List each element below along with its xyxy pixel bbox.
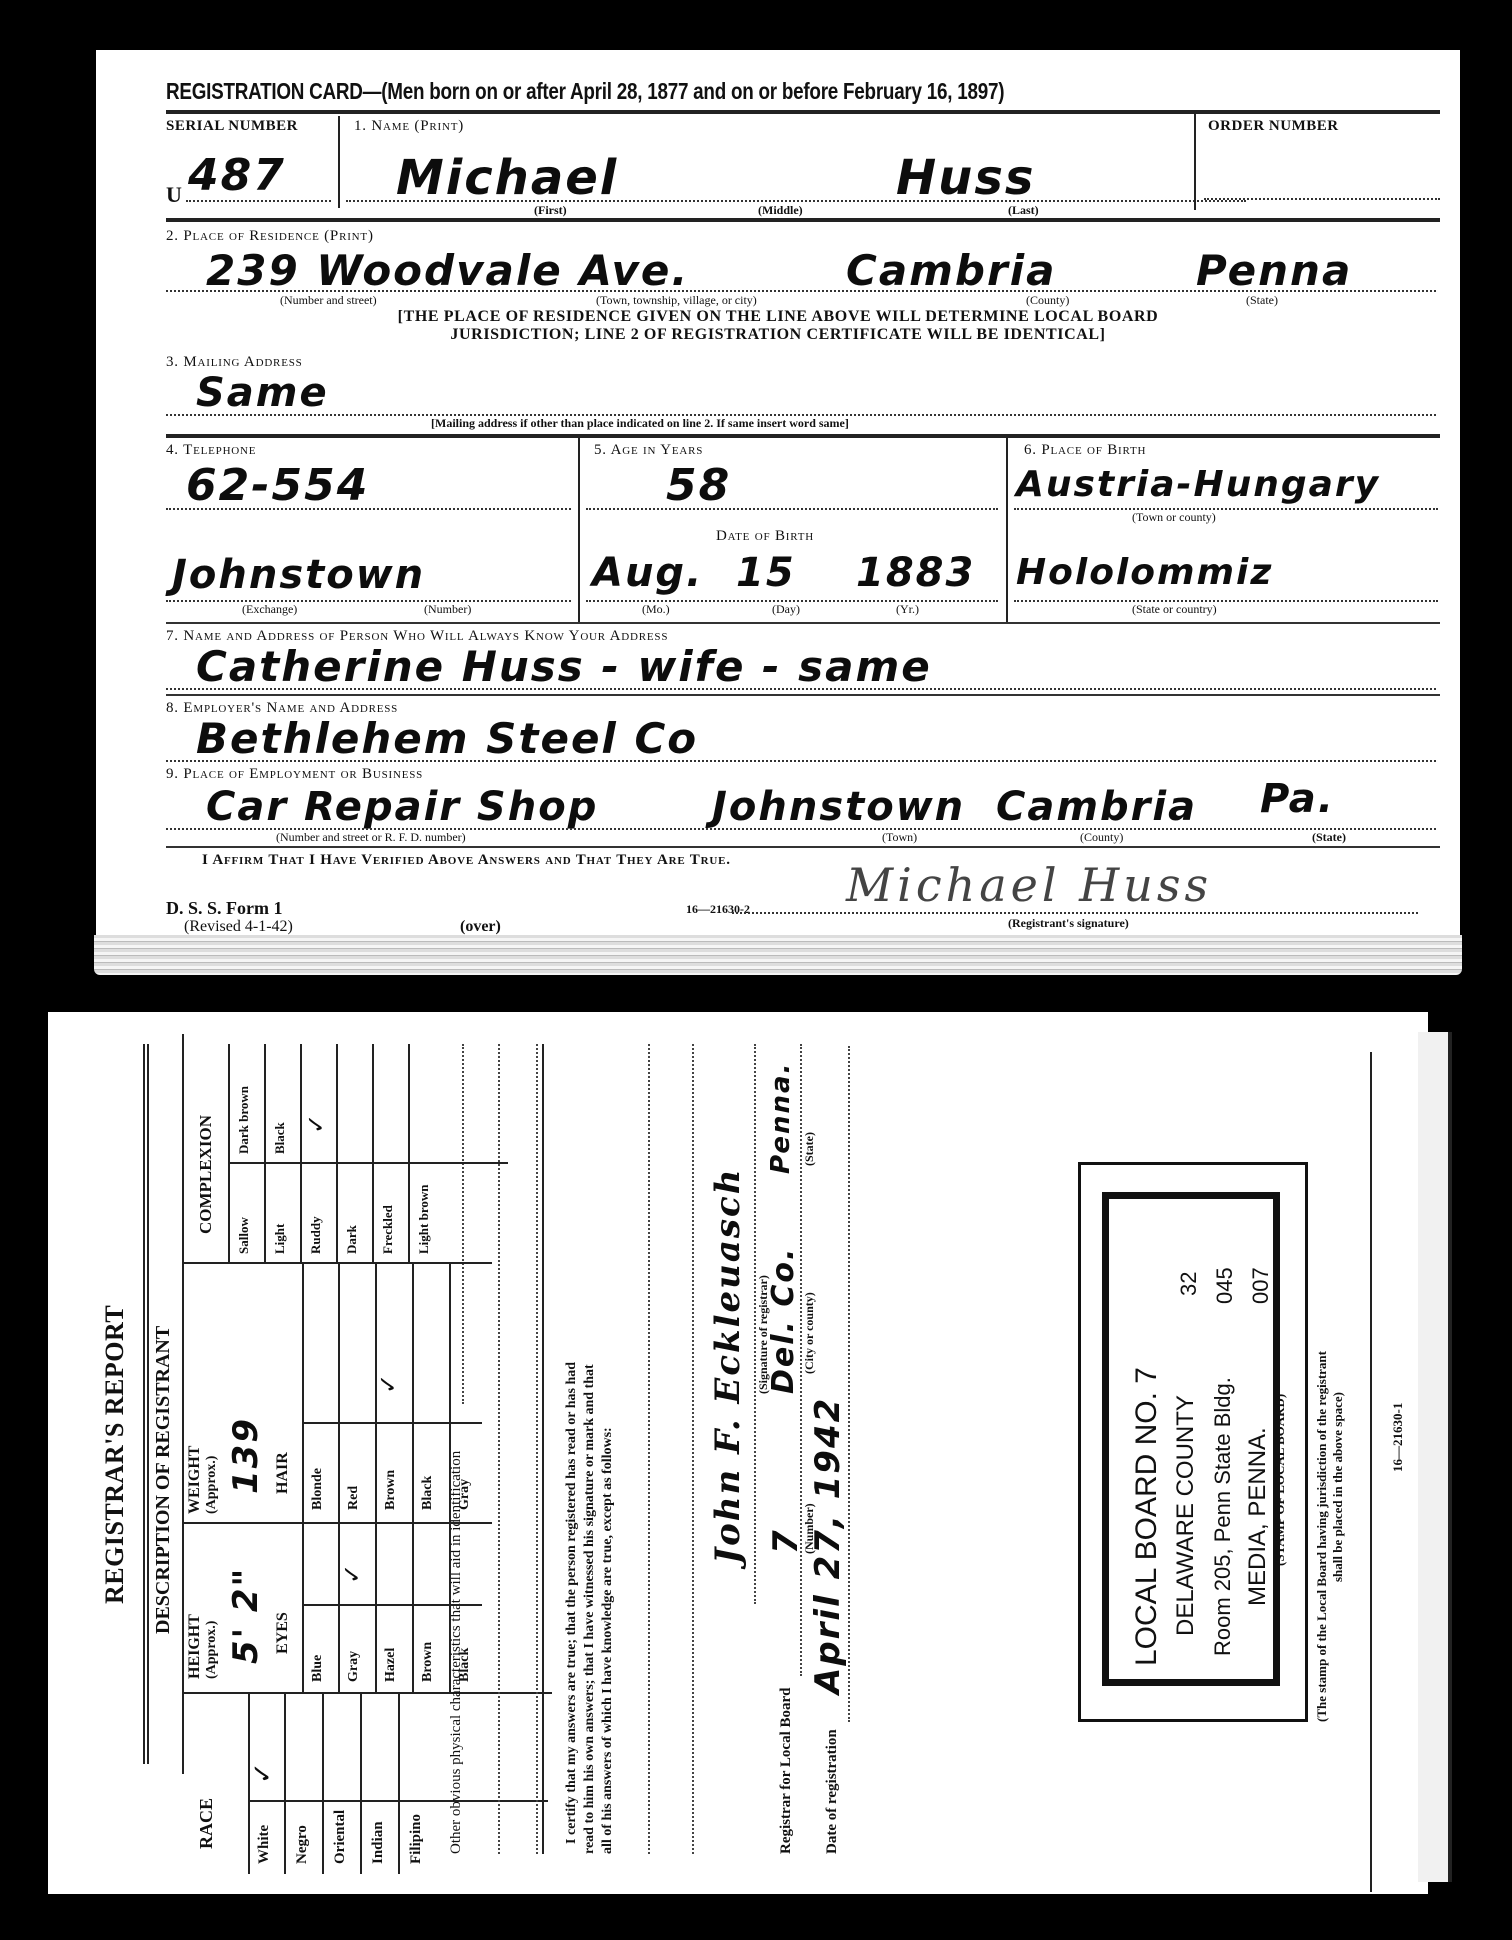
divider <box>338 1264 340 1524</box>
divider <box>166 694 1440 696</box>
divider <box>182 1034 184 1774</box>
divider <box>372 1044 374 1264</box>
card-stack-edge <box>94 935 1462 975</box>
day-sublabel: (Day) <box>772 602 800 617</box>
divider <box>228 1044 230 1264</box>
complexion-option-ruddy: Ruddy <box>308 1216 324 1254</box>
divider <box>1006 436 1008 622</box>
last-sublabel: (Last) <box>1008 203 1039 218</box>
complexion-mark-ruddy: ✓ <box>302 1112 330 1134</box>
signature-line <box>732 912 1418 914</box>
complexion-option-light-brown: Light brown <box>416 1185 432 1254</box>
race-option-negro: Negro <box>294 1825 311 1864</box>
divider <box>264 1044 266 1264</box>
hair-option-gray: Gray <box>457 1479 473 1510</box>
complexion-header: COMPLEXION <box>196 1115 216 1234</box>
certification-line-1: I certify that my answers are true; that… <box>564 1362 580 1844</box>
divider <box>166 218 1440 222</box>
employment-place-label: 9. Place of Employment or Business <box>166 766 423 783</box>
mailing-address-label: 3. Mailing Address <box>166 354 303 371</box>
eyes-option-hazel: Hazel <box>383 1648 399 1682</box>
stamp-line-3: Room 205, Penn State Bldg. <box>1210 1377 1236 1656</box>
residence-label: 2. Place of Residence (Print) <box>166 228 374 245</box>
weight-header: WEIGHT <box>186 1446 204 1514</box>
age-value: 58 <box>666 460 731 511</box>
eyes-mark-gray: ✓ <box>338 1562 366 1584</box>
employment-state: Pa. <box>1260 776 1335 822</box>
stamp-line-2: DELAWARE COUNTY <box>1172 1395 1200 1636</box>
stamp-note-line-2: shall be placed in the above space) <box>1330 1392 1346 1582</box>
complexion-option-dark: Dark <box>344 1225 360 1254</box>
year-sublabel: (Yr.) <box>896 602 919 617</box>
contact-line <box>166 688 1436 690</box>
height-sub: (Approx.) <box>204 1621 220 1679</box>
eyes-option-brown: Brown <box>420 1642 436 1682</box>
print-code-frame: 16—21630-1 <box>1388 1312 1412 1512</box>
residence-notice-1: [THE PLACE OF RESIDENCE GIVEN ON THE LIN… <box>96 308 1460 326</box>
race-mark-white: ✓ <box>248 1760 278 1784</box>
stamp-code-2: 045 <box>1212 1267 1238 1304</box>
hair-option-brown: Brown <box>383 1470 399 1510</box>
stamp-text-frame: LOCAL BOARD NO. 7 DELAWARE COUNTY Room 2… <box>1078 1162 1308 1716</box>
registrant-signature: Michael Huss <box>846 858 1212 912</box>
exceptions-line <box>692 1044 694 1854</box>
complexion-option-freckled: Freckled <box>380 1205 396 1254</box>
stamp-note-line-1: (The stamp of the Local Board having jur… <box>1314 1351 1330 1722</box>
middle-sublabel: (Middle) <box>758 203 803 218</box>
age-line <box>586 508 998 510</box>
town-sublabel: (Town, township, village, or city) <box>596 293 757 308</box>
divider <box>284 1694 286 1874</box>
employer-value: Bethlehem Steel Co <box>196 714 698 763</box>
exchange-line <box>166 600 571 602</box>
divider <box>302 1264 304 1524</box>
eyes-option-blue: Blue <box>310 1655 326 1682</box>
complexion-option-sallow: Sallow <box>236 1217 252 1254</box>
hair-option-black: Black <box>420 1476 436 1510</box>
stamp-line-1: LOCAL BOARD NO. 7 <box>1130 1367 1164 1666</box>
residence-notice-2: JURISDICTION; LINE 2 OF REGISTRATION CER… <box>96 326 1460 344</box>
hair-mark-brown: ✓ <box>374 1372 402 1394</box>
hair-option-red: Red <box>346 1486 362 1510</box>
registration-card-front: REGISTRATION CARD—(Men born on or after … <box>96 50 1460 945</box>
divider <box>143 1044 145 1764</box>
board-city: Del. Co. <box>766 1247 801 1394</box>
divider <box>166 434 1440 438</box>
board-city-label: (City or county) <box>802 1292 817 1374</box>
divider <box>302 1604 482 1606</box>
weight-sub: (Approx.) <box>204 1456 220 1514</box>
divider <box>412 1524 414 1694</box>
divider <box>300 1044 302 1264</box>
hair-header: HAIR <box>274 1452 292 1494</box>
exceptions-line <box>648 1044 650 1854</box>
height-value: 5' 2" <box>226 1567 266 1664</box>
divider <box>248 1800 548 1802</box>
dob-label: Date of Birth <box>716 528 814 545</box>
eyes-option-gray: Gray <box>346 1651 362 1682</box>
number-sublabel: (Number) <box>424 602 471 617</box>
divider <box>302 1524 304 1694</box>
affirmation-text: I Affirm That I Have Verified Above Answ… <box>202 852 731 869</box>
divider <box>166 622 1440 624</box>
date-label: Date of registration <box>824 1729 841 1854</box>
serial-line <box>186 200 331 202</box>
divider <box>375 1264 377 1524</box>
exchange-sublabel: (Exchange) <box>242 602 297 617</box>
employer-line <box>166 760 1436 762</box>
mailing-address-value: Same <box>196 370 329 416</box>
divider <box>166 846 1440 848</box>
name-label: 1. Name (Print) <box>354 118 464 135</box>
birth-town-sublabel: (Town or county) <box>1132 510 1216 525</box>
employment-street: Car Repair Shop <box>206 784 598 830</box>
birthplace-label: 6. Place of Birth <box>1024 442 1146 459</box>
divider <box>408 1044 410 1264</box>
residence-county: Cambria <box>846 246 1056 295</box>
other-characteristics-line <box>498 1044 500 1854</box>
divider <box>412 1264 414 1524</box>
dob-month: Aug. <box>592 550 703 596</box>
card-title: REGISTRATION CARD—(Men born on or after … <box>166 78 1004 105</box>
birth-country-sublabel: (State or country) <box>1132 602 1217 617</box>
certification-line-3: all of his answers of which I have knowl… <box>600 1427 616 1854</box>
serial-number-label: SERIAL NUMBER <box>166 118 298 135</box>
name-line <box>346 200 1246 202</box>
race-option-filipino: Filipino <box>408 1814 425 1864</box>
dob-day: 15 <box>736 550 796 596</box>
divider <box>248 1694 250 1874</box>
height-header: HEIGHT <box>186 1614 204 1679</box>
residence-street: 239 Woodvale Ave. <box>206 246 689 295</box>
employment-street-sublabel: (Number and street or R. F. D. number) <box>276 830 466 845</box>
employment-county: Cambria <box>996 784 1197 830</box>
date-line <box>848 1046 850 1722</box>
divider <box>578 436 580 622</box>
telephone-exchange: Johnstown <box>172 552 425 598</box>
divider <box>228 1162 508 1164</box>
board-state: Penna. <box>766 1062 796 1174</box>
birth-town: Austria-Hungary <box>1016 464 1380 505</box>
employment-county-sublabel: (County) <box>1080 830 1123 845</box>
divider <box>542 1044 544 1854</box>
serial-number-value: 487 <box>188 150 286 201</box>
employment-town-sublabel: (Town) <box>882 830 917 845</box>
divider <box>449 1524 451 1694</box>
form-revised: (Revised 4-1-42) <box>184 918 293 936</box>
employment-state-sublabel: (State) <box>1312 830 1346 845</box>
divider <box>302 1422 482 1424</box>
certification-line-2: read to him his own answers; that I have… <box>582 1364 598 1854</box>
complexion-option-dark-brown: Dark brown <box>236 1086 252 1154</box>
stamp-caption: (STAMP OF LOCAL BOARD) <box>1272 1394 1288 1566</box>
employment-town: Johnstown <box>712 784 965 830</box>
age-label: 5. Age in Years <box>594 442 703 459</box>
over-note: (over) <box>460 918 501 936</box>
eyes-header: EYES <box>274 1612 292 1654</box>
divider <box>375 1524 377 1694</box>
complexion-option-black: Black <box>272 1122 288 1154</box>
complexion-option-light: Light <box>272 1224 288 1254</box>
dob-year: 1883 <box>856 550 975 596</box>
first-name-value: Michael <box>396 150 618 206</box>
birth-country: Hololommiz <box>1016 552 1273 593</box>
birth-country-line <box>1014 600 1438 602</box>
divider <box>166 110 1440 114</box>
eyes-option-black: Black <box>457 1648 473 1682</box>
race-option-oriental: Oriental <box>332 1810 349 1864</box>
divider <box>1370 1052 1372 1892</box>
divider <box>398 1694 400 1874</box>
divider <box>360 1694 362 1874</box>
signature-label: (Registrant's signature) <box>1008 916 1129 931</box>
report-subtitle: DESCRIPTION OF REGISTRANT <box>152 1326 175 1634</box>
divider <box>336 1044 338 1264</box>
other-characteristics-line <box>462 1044 464 1404</box>
race-option-indian: Indian <box>370 1821 387 1864</box>
street-sublabel: (Number and street) <box>280 293 377 308</box>
divider <box>182 1692 552 1694</box>
order-number-label: ORDER NUMBER <box>1208 118 1339 135</box>
first-sublabel: (First) <box>534 203 567 218</box>
telephone-number: 62-554 <box>186 460 369 511</box>
contact-person-value: Catherine Huss - wife - same <box>196 642 932 691</box>
race-option-white: White <box>256 1825 273 1864</box>
date-value: April 27, 1942 <box>808 1397 848 1694</box>
residence-line <box>166 290 1436 292</box>
other-characteristics-line <box>536 1044 538 1854</box>
telephone-label: 4. Telephone <box>166 442 256 459</box>
stamp-code-1: 32 <box>1176 1272 1202 1296</box>
hair-option-blonde: Blonde <box>310 1468 326 1510</box>
divider <box>1194 110 1196 210</box>
divider <box>338 1524 340 1694</box>
divider <box>338 116 340 208</box>
divider <box>322 1694 324 1874</box>
form-id: D. S. S. Form 1 <box>166 898 283 919</box>
board-state-label: (State) <box>802 1132 817 1166</box>
registrars-report-card: REGISTRAR'S REPORT DESCRIPTION OF REGIST… <box>48 1012 1428 1894</box>
state-sublabel: (State) <box>1246 293 1278 308</box>
residence-state: Penna <box>1196 246 1352 295</box>
print-code-area: 16—21630-1 <box>1388 1312 1412 1512</box>
report-print-code: 16—21630-1 <box>1390 1403 1406 1472</box>
registrar-signature: John F. Eckleuasch <box>708 1168 748 1564</box>
registrar-for-label: Registrar for Local Board <box>778 1687 795 1854</box>
stamp-line-4: MEDIA, PENNA. <box>1244 1427 1272 1606</box>
order-number-line <box>1204 198 1440 200</box>
stamp-code-3: 007 <box>1248 1267 1274 1304</box>
last-name-value: Huss <box>896 150 1035 206</box>
divider <box>449 1264 451 1524</box>
divider <box>182 1522 492 1524</box>
divider <box>147 1044 149 1764</box>
report-title: REGISTRAR'S REPORT <box>100 1305 130 1604</box>
serial-prefix: U <box>166 182 182 208</box>
telephone-line <box>166 508 571 510</box>
race-header: RACE <box>196 1798 217 1849</box>
print-code: 16—21630-2 <box>686 902 750 917</box>
weight-value: 139 <box>226 1417 266 1494</box>
birth-town-line <box>1014 508 1438 510</box>
month-sublabel: (Mo.) <box>642 602 670 617</box>
mailing-note: [Mailing address if other than place ind… <box>431 416 849 431</box>
county-sublabel: (County) <box>1026 293 1069 308</box>
stamp-note-frame: (The stamp of the Local Board having jur… <box>1310 1172 1370 1732</box>
stamp-note-area: (The stamp of the Local Board having jur… <box>1310 1172 1370 1732</box>
local-board-stamp: LOCAL BOARD NO. 7 DELAWARE COUNTY Room 2… <box>1078 1162 1308 1722</box>
